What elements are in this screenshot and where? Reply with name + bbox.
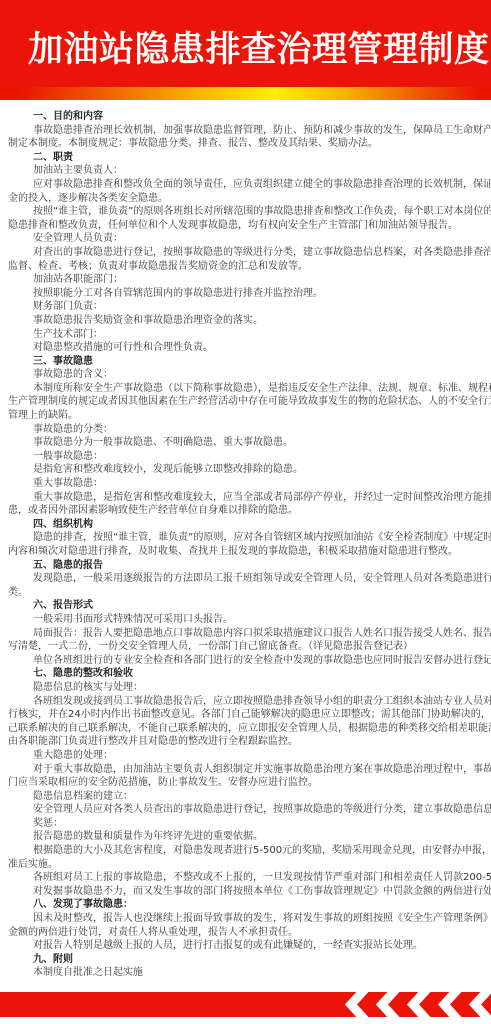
- text-line: 重大事故隐患，是指危害和整改难度较大，应当全部或者局部停产停业，并经过一定时间整…: [0, 491, 491, 505]
- text-line: 生产管理制度的规定或者因其他因素在生产经营活动中存在可能导致故事发生的物的危险状…: [0, 395, 491, 409]
- text-line: 隐患排查和整改负责，任何单位和个人发现事故隐患，均有权向安全生产主管部门和加油站…: [0, 219, 491, 233]
- section-heading: 七、隐患的整改和验收: [0, 667, 491, 681]
- text-line: 写清楚，一式二份，一份交安全管理人员，一份部门自己留底备查。（详见隐患报告登记表…: [0, 640, 491, 654]
- section-heading: 六、报告形式: [0, 599, 491, 613]
- text-line: 事故隐患的分类：: [0, 423, 491, 437]
- footer-banner: [0, 992, 491, 1017]
- poster-page: 加油站隐患排查治理管理制度 一、目的和内容事故隐患排查治理长效机制，加强事故隐患…: [0, 0, 491, 1024]
- text-line: 加油站各职能部门：: [0, 273, 491, 287]
- section-heading: 八、发现了事故隐患：: [0, 898, 491, 912]
- text-line: 本制度自批准之日起实施: [0, 966, 491, 980]
- page-title: 加油站隐患排查治理管理制度: [28, 22, 490, 72]
- text-line: 对于重大事故隐患，由加油站主要负责人组织制定并实施事故隐患治理方案在事故隐患治理…: [0, 763, 491, 777]
- text-line: 准后实施。: [0, 858, 491, 872]
- text-line: 行核实，并在24小时内作出书面整改意见。各部门自己能够解决的隐患应立即整改；需其…: [0, 708, 491, 722]
- text-line: 是指危害和整改难度较小，发现后能够立即整改排除的隐患。: [0, 463, 491, 477]
- text-line: 安全管理人员负责：: [0, 232, 491, 246]
- gradient-divider: [0, 87, 491, 100]
- text-line: 财务部门负责：: [0, 300, 491, 314]
- text-line: 按照“谁主管，谁负责”的原则各班组长对所辖范围的事故隐患排查和整改工作负责，每个…: [0, 205, 491, 219]
- text-line: 门应当采取相应的安全防范措施，防止事故发生。安督办应进行监控。: [0, 776, 491, 790]
- text-line: 奖惩：: [0, 817, 491, 831]
- text-line: 局面报告：报告人要把隐患地点口事故隐患内容口拟采取措施建议口报告人姓名口报告接受…: [0, 627, 491, 641]
- text-line: 单位各班组进行的专业安全检查和各部门进行的安全检查中发现的事故隐患也应同时报告安…: [0, 654, 491, 668]
- text-line: 隐患信息档案的建立：: [0, 790, 491, 804]
- text-line: 各班组对员工上报的事故隐患，不整改或不上报的，一旦发现按情节严重对部门和相差责任…: [0, 871, 491, 885]
- chevron-left-icons: [337, 991, 491, 1018]
- text-line: 本制度所称安全生产事故隐患（以下简称事故隐患），是指违反安全生产法律、法规、规章…: [0, 382, 491, 396]
- text-line: 己联系解决的自己联系解决，不能自己联系解决的，应立即报安全管理人员，根据隐患的种…: [0, 722, 491, 736]
- text-line: 内容和频次对隐患进行排查，及时收集、查找并上报发现的事故隐患，积极采取措施对隐患…: [0, 545, 491, 559]
- text-line: 管理上的缺陷。: [0, 409, 491, 423]
- text-line: 金额的两倍进行处罚，对责任人将从重处理，报告人不承担责任。: [0, 926, 491, 940]
- text-line: 发现隐患，一般采用逐级报告的方法即员工报千班组领导或安全管理人员，安全管理人员对…: [0, 572, 491, 586]
- text-line: 金的投入，逐步解决各类安全隐患。: [0, 192, 491, 206]
- text-line: 隐患的排查，按照“谁主管，谁负责”的原则，应对各自管辖区域内按照加油站《安全检查…: [0, 531, 491, 545]
- text-line: 事故隐患的含义：: [0, 368, 491, 382]
- text-line: 安全管理人员应对各类人员查出的事故隐患进行登记，按照事故隐患的等级进行分类，建立…: [0, 803, 491, 817]
- text-line: 应对事故隐患排查和整改负全面的领导责任，应负责组织建立健全的事故隐患排查治理的长…: [0, 178, 491, 192]
- text-line: 一般采用书面形式特殊情况可采用口头报告。: [0, 613, 491, 627]
- text-line: 报告隐患的数量和质量作为年终评先进的重要依据。: [0, 830, 491, 844]
- text-line: 制定本制度。本制度规定：事故隐患分类、排查、报告、整改及其结果、奖励办法。: [0, 137, 491, 151]
- text-line: 事故隐患排查治理长效机制，加强事故隐患监督管理，防止、预防和减少事故的发生，保障…: [0, 124, 491, 138]
- text-line: 各班组发现或接到员工事故隐患报告后，应立即按照隐患排查领导小组的职责分工组织本油…: [0, 695, 491, 709]
- text-line: 重大隐患的处理：: [0, 749, 491, 763]
- text-line: 根据隐患的大小及其危害程度，对隐患发现者进行5-500元的奖励，奖励采用现金兑现…: [0, 844, 491, 858]
- text-line: 对发掘事故隐患不力，而又发生事故的部门将按照本单位《工伤事故管理规定》中罚款金额…: [0, 885, 491, 899]
- text-line: 监督、检查、考核；负责对事故隐患报告奖励资金的汇总和发放等。: [0, 260, 491, 274]
- text-line: 患，或者因外部因素影响致使生产经营单位自身难以排除的隐患。: [0, 504, 491, 518]
- document-body: 一、目的和内容事故隐患排查治理长效机制，加强事故隐患监督管理，防止、预防和减少事…: [0, 110, 491, 980]
- text-line: 对隐患整改措施的可行性和合理性负责。: [0, 341, 491, 355]
- header-banner: 加油站隐患排查治理管理制度: [0, 0, 491, 100]
- text-line: 类。: [0, 586, 491, 600]
- text-line: 加油站主要负责人：: [0, 164, 491, 178]
- text-line: 由各职能部门负责进行整改并且对隐患的整改进行全程跟踪监控。: [0, 735, 491, 749]
- text-line: 对查出的事故隐患进行登记，按照事故隐患的等级进行分类，建立事故隐患信息档案，对各…: [0, 246, 491, 260]
- text-line: 因未及时整改，报告人也没继续上报面导致事故的发生，将对发生事故的班组按照《安全生…: [0, 912, 491, 926]
- section-heading: 四、组织机构: [0, 518, 491, 532]
- text-line: 重大事故隐患：: [0, 477, 491, 491]
- text-line: 一般事故隐患：: [0, 450, 491, 464]
- section-heading: 五、隐患的报告: [0, 559, 491, 573]
- section-heading: 三、事故隐患: [0, 355, 491, 369]
- text-line: 按照职能分工对各自管辖范围内的事故隐患进行排查并监控治理。: [0, 287, 491, 301]
- section-heading: 一、目的和内容: [0, 110, 491, 124]
- text-line: 事故隐患分为一般事故隐患、不明确隐患、重大事故隐患。: [0, 436, 491, 450]
- text-line: 隐患信息的核实与处理：: [0, 681, 491, 695]
- text-line: 生产技术部门：: [0, 328, 491, 342]
- text-line: 对报告人特别是越级上报的人员，进行打击报复的或有此嫌疑的，一经查实报站长处理。: [0, 939, 491, 953]
- section-heading: 九、附则: [0, 953, 491, 967]
- section-heading: 二、职责: [0, 151, 491, 165]
- text-line: 事故隐患报告奖励资金和事故隐患治理资金的落实。: [0, 314, 491, 328]
